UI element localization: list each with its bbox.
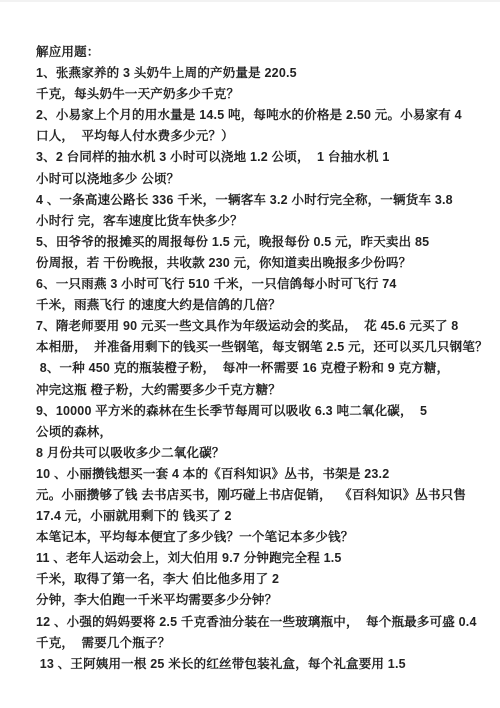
text-line-20: 10 、小丽攒钱想买一套 4 本的《百科知识》丛书，书架是 23.2 xyxy=(36,464,492,485)
text-line-17: 9、10000 平方米的森林在生长季节每周可以吸收 6.3 吨二氧化碳， 5 xyxy=(36,401,492,422)
text-line-23: 本笔记本，平均每本便宜了多少钱？一个笔记本多少钱？ xyxy=(36,527,492,548)
text-line-24: 11 、老年人运动会上，刘大伯用 9.7 分钟跑完全程 1.5 xyxy=(36,548,492,569)
text-line-5: 3、2 台同样的抽水机 3 小时可以浇地 1.2 公顷， 1 台抽水机 1 xyxy=(36,147,492,168)
text-line-26: 分钟，李大伯跑一千米平均需要多少分钟？ xyxy=(36,590,492,611)
text-line-10: 份周报，若 干份晚报，共收款 230 元，你知道卖出晚报多少份吗？ xyxy=(36,253,492,274)
text-line-19: 8 月份共可以吸收多少二氧化碳？ xyxy=(36,443,492,464)
text-line-25: 千米，取得了第一名，李大 伯比他多用了 2 xyxy=(36,569,492,590)
text-line-14: 本相册， 并准备用剩下的钱买一些钢笔，每支钢笔 2.5 元，还可以买几只钢笔？ xyxy=(36,337,492,358)
text-line-28: 千克， 需要几个瓶子？ xyxy=(36,633,492,654)
problem-text-block: 解应用题： 1、张燕家养的 3 头奶牛上周的产奶量是 220.5 千克，每头奶牛… xyxy=(36,42,492,675)
text-line-3: 2、小易家上个月的用水量是 14.5 吨，每吨水的价格是 2.50 元。小易家有… xyxy=(36,105,492,126)
text-line-7: 4 、一条高速公路长 336 千米，一辆客车 3.2 小时行完全称，一辆货车 3… xyxy=(36,190,492,211)
text-line-2: 千克，每头奶牛一天产奶多少千克？ xyxy=(36,84,492,105)
text-line-11: 6、一只雨燕 3 小时可飞行 510 千米，一只信鸽每小时可飞行 74 xyxy=(36,274,492,295)
text-line-13: 7、隋老师要用 90 元买一些文具作为年级运动会的奖品， 花 45.6 元买了 … xyxy=(36,316,492,337)
document-page: 解应用题： 1、张燕家养的 3 头奶牛上周的产奶量是 220.5 千克，每头奶牛… xyxy=(0,0,500,708)
page-title: 解应用题： xyxy=(36,42,492,63)
text-line-16: 冲完这瓶 橙子粉，大约需要多少千克方糖？ xyxy=(36,380,492,401)
text-line-22: 17.4 元，小丽就用剩下的 钱买了 2 xyxy=(36,506,492,527)
text-line-12: 千米，雨燕飞行 的速度大约是信鸽的几倍？ xyxy=(36,295,492,316)
text-line-21: 元。小丽攒够了钱 去书店买书，刚巧碰上书店促销， 《百科知识》丛书只售 xyxy=(36,485,492,506)
text-line-18: 公顷的森林， xyxy=(36,422,492,443)
text-line-4: 口人， 平均每人付水费多少元？） xyxy=(36,126,492,147)
text-line-1: 1、张燕家养的 3 头奶牛上周的产奶量是 220.5 xyxy=(36,63,492,84)
text-line-8: 小时行 完，客车速度比货车快多少？ xyxy=(36,211,492,232)
text-line-9: 5、田爷爷的报摊买的周报每份 1.5 元，晚报每份 0.5 元，昨天卖出 85 xyxy=(36,232,492,253)
text-line-27: 12 、小强的妈妈要将 2.5 千克香油分装在一些玻璃瓶中， 每个瓶最多可盛 0… xyxy=(36,612,492,633)
text-line-15: 8、一种 450 克的瓶装橙子粉， 每冲一杯需要 16 克橙子粉和 9 克方糖， xyxy=(36,358,492,379)
text-line-6: 小时可以浇地多少 公顷？ xyxy=(36,169,492,190)
text-line-29: 13 、王阿姨用一根 25 米长的红丝带包装礼盒，每个礼盒要用 1.5 xyxy=(36,654,492,675)
